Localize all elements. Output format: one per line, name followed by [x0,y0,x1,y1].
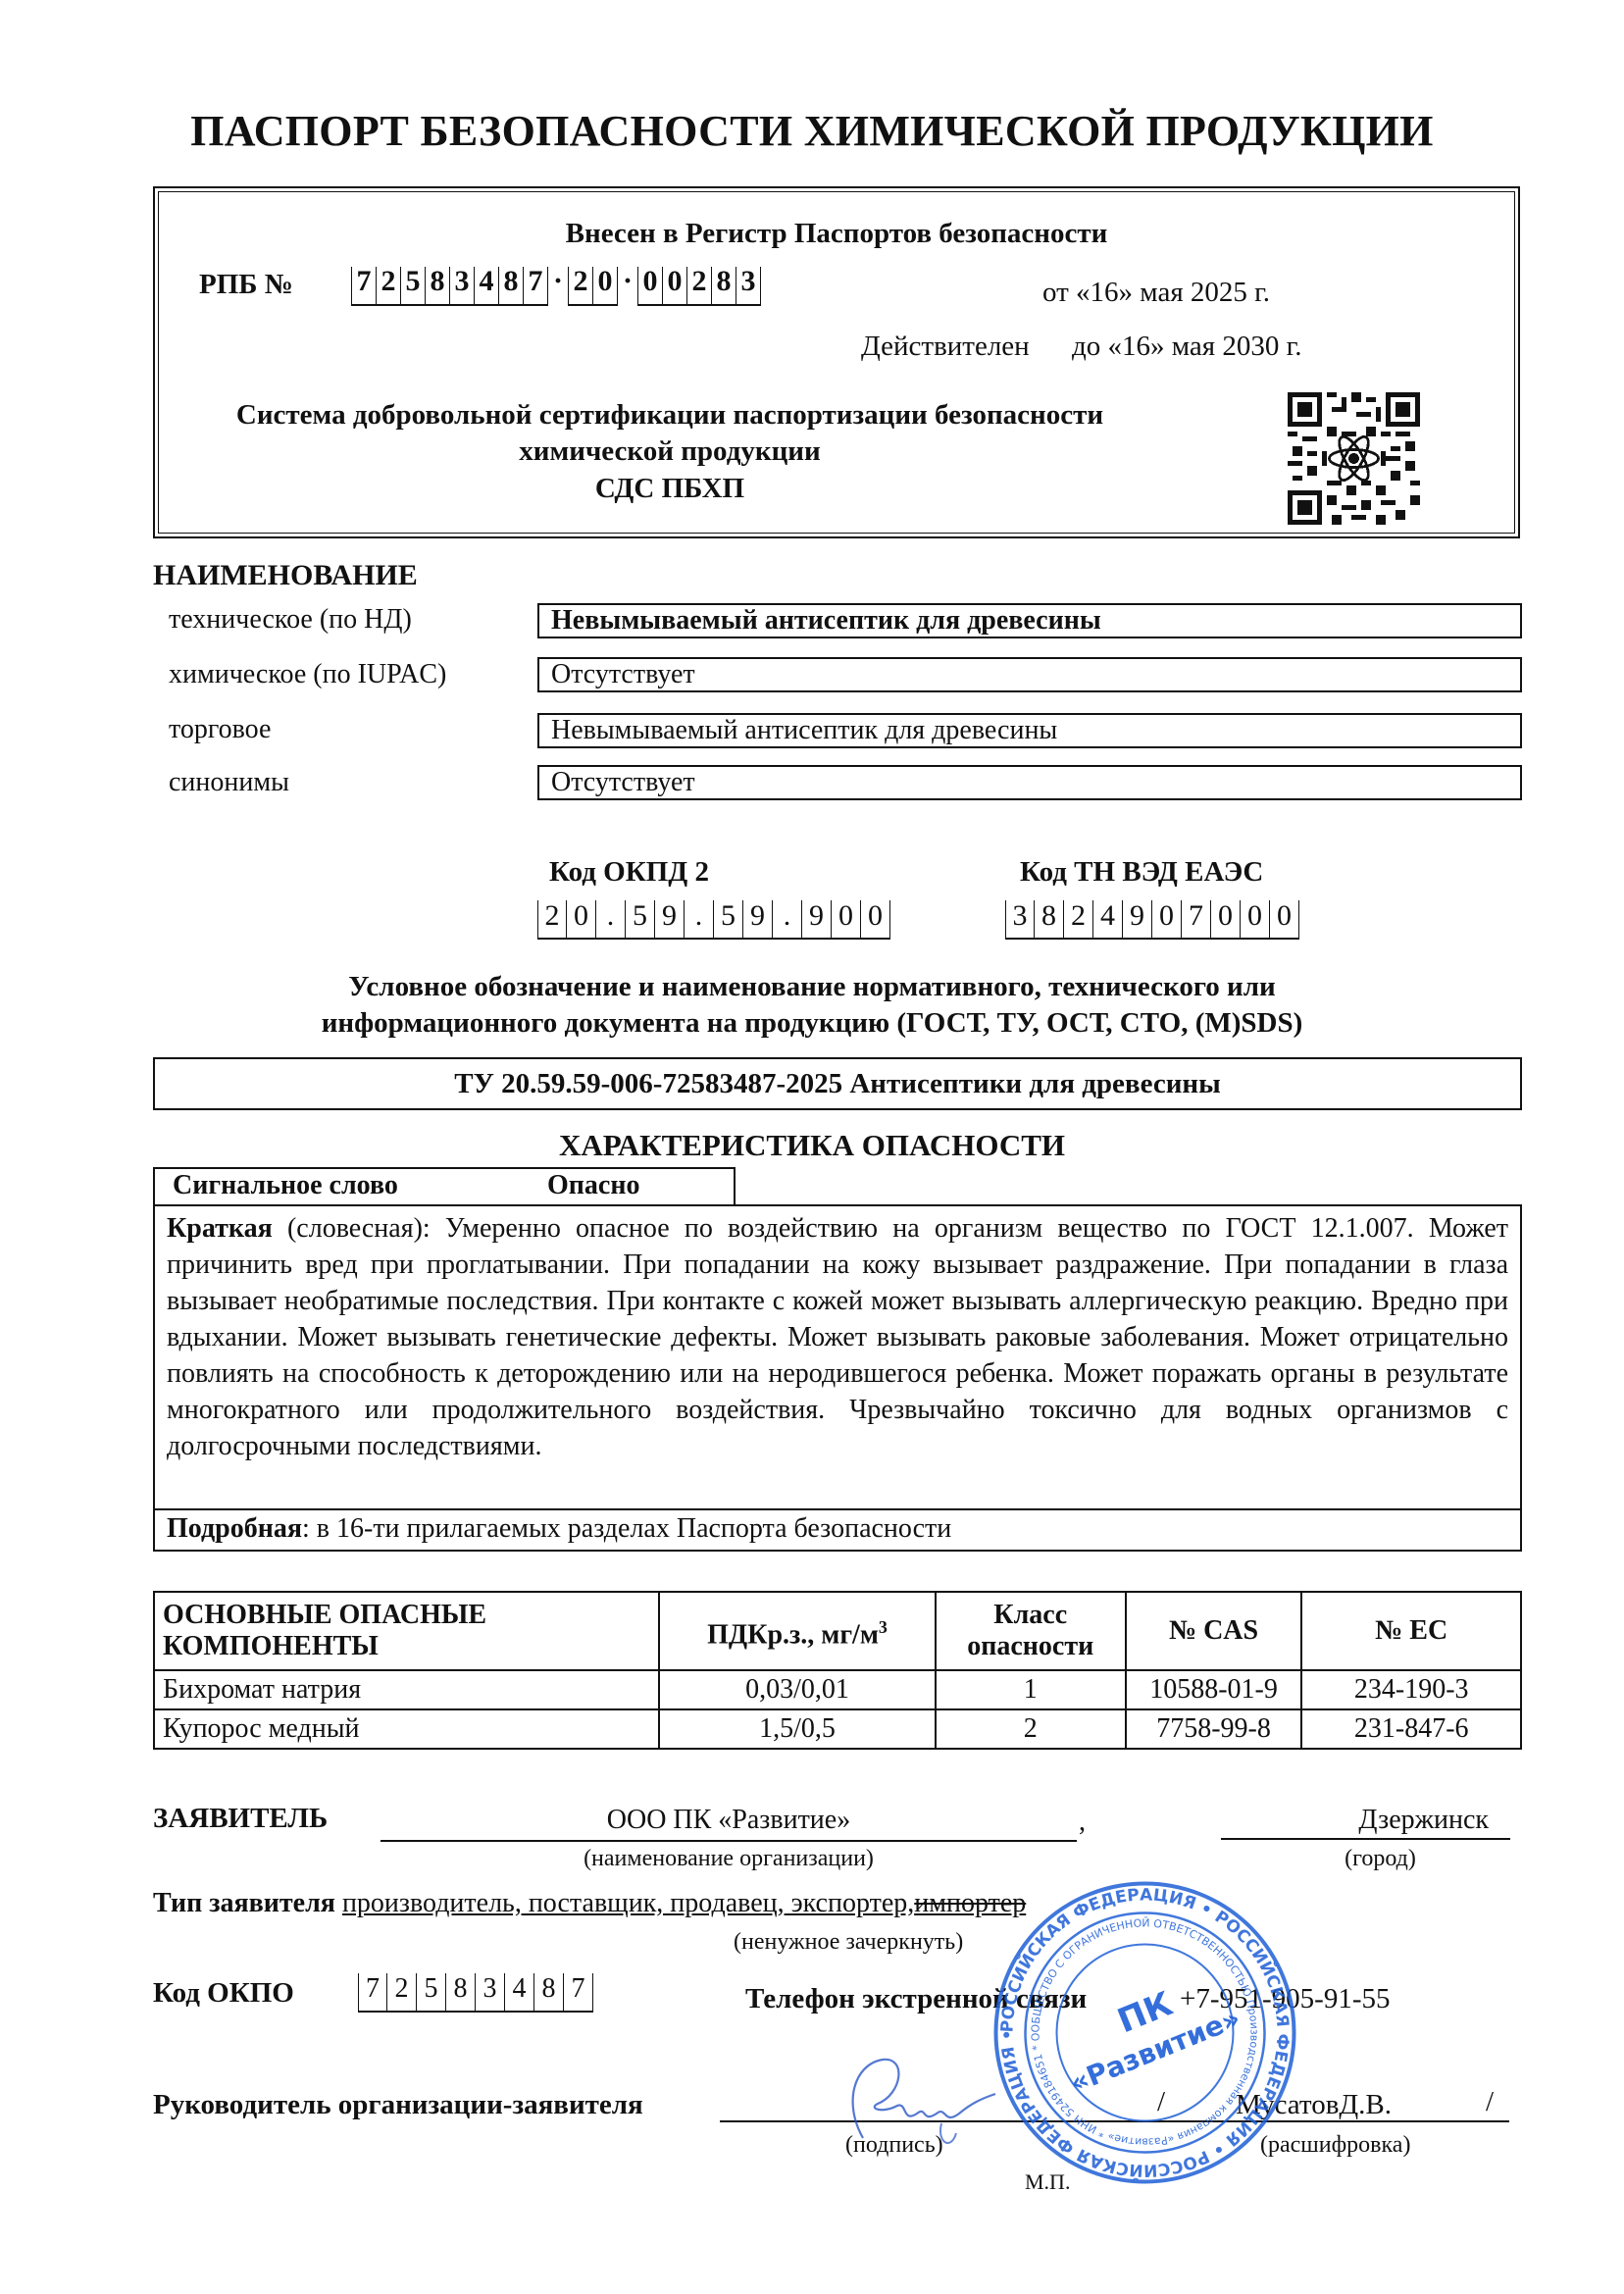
component-cas: 10588-01-9 [1126,1670,1302,1709]
rpb-digit: 7 [351,267,377,304]
signal-word-value: Опасно [547,1169,639,1202]
tnved-digit: 9 [1123,900,1152,940]
component-cas: 7758-99-8 [1126,1709,1302,1749]
col-header-cas: № CAS [1126,1592,1302,1670]
okpo-digit: 4 [505,1973,534,2013]
rpb-number: 72583487 · 20 · 00283 [351,267,761,306]
col-header-pdk: ПДКр.з., мг/м3 [659,1592,936,1670]
col-header-ec: № ЕС [1301,1592,1521,1670]
okpo-digit: 2 [387,1973,417,2013]
registration-date: от «16» мая 2025 г. [1042,277,1270,309]
okpd-digit: 9 [802,900,832,940]
hazard-section-title: ХАРАКТЕРИСТИКА ОПАСНОСТИ [0,1128,1624,1163]
okpd-digit: . [685,900,714,940]
component-class: 1 [936,1670,1126,1709]
tnved-digit: 0 [1241,900,1270,940]
signature-icon [824,2045,1000,2153]
rpb-digit: 2 [568,267,593,304]
rpb-digit: 8 [712,267,736,304]
rpb-digit: 0 [637,267,663,304]
short-qualifier: (словесная): [273,1213,445,1244]
okpo-digit: 5 [417,1973,446,2013]
certification-system-line-2: химической продукции [155,435,1185,468]
rpb-digit: 3 [736,267,761,304]
strike-caption: (ненужное зачеркнуть) [734,1929,963,1956]
normative-document-value: ТУ 20.59.59-006-72583487-2025 Антисептик… [153,1057,1522,1110]
okpo-digit: 8 [446,1973,476,2013]
tnved-digit: 3 [1005,900,1035,940]
expiry-date: до «16» мая 2030 г. [1072,331,1302,363]
okpd-code: 20.59.59.900 [537,900,890,940]
registry-heading: Внесен в Регистр Паспортов безопасности [155,218,1518,250]
table-header-row: ОСНОВНЫЕ ОПАСНЫЕ КОМПОНЕНТЫ ПДКр.з., мг/… [154,1592,1521,1670]
short-label: Краткая [167,1213,273,1244]
trade-name-label: торговое [169,714,271,745]
okpd-digit: 0 [832,900,861,940]
col-header-components: ОСНОВНЫЕ ОПАСНЫЕ КОМПОНЕНТЫ [154,1592,659,1670]
table-row: Бихромат натрия 0,03/0,01 1 10588-01-9 2… [154,1670,1521,1709]
tnved-digit: 0 [1211,900,1241,940]
applicant-type-selected: производитель, поставщик, продавец, эксп… [342,1888,914,1918]
normative-heading-line-1: Условное обозначение и наименование норм… [0,971,1624,1003]
component-class: 2 [936,1709,1126,1749]
component-pdk: 1,5/0,5 [659,1709,936,1749]
signal-word-row: Сигнальное слово Опасно [153,1167,736,1204]
rpb-digit: 0 [593,267,618,304]
city-caption: (город) [1221,1846,1510,1872]
tnved-digit: 0 [1270,900,1299,940]
short-text: Умеренно опасное по воздействию на орган… [167,1213,1508,1461]
rpb-group-3: 00283 [637,267,761,306]
component-name: Бихромат натрия [154,1670,659,1709]
comma: , [1079,1807,1086,1838]
rpb-digit: 4 [475,267,499,304]
rpb-label: РПБ № [199,269,293,301]
okpd-digit: . [596,900,626,940]
registry-box: Внесен в Регистр Паспортов безопасности … [153,186,1520,538]
tnved-digit: 4 [1093,900,1123,940]
rpb-digit: 8 [499,267,524,304]
rpb-group-2: 20 [568,267,618,306]
tnved-digit: 0 [1152,900,1182,940]
normative-heading-line-2: информационного документа на продукцию (… [0,1007,1624,1040]
okpd-digit: 2 [537,900,567,940]
tnved-digit: 7 [1182,900,1211,940]
rpb-digit: 2 [377,267,401,304]
detail-text: : в 16-ти прилагаемых разделах Паспорта … [302,1513,951,1544]
org-name-caption: (наименование организации) [381,1846,1077,1872]
table-row: Купорос медный 1,5/0,5 2 7758-99-8 231-8… [154,1709,1521,1749]
signal-word-label: Сигнальное слово [173,1169,398,1202]
document-title: ПАСПОРТ БЕЗОПАСНОСТИ ХИМИЧЕСКОЙ ПРОДУКЦИ… [0,106,1624,156]
rpb-digit: 3 [450,267,475,304]
component-ec: 234-190-3 [1301,1670,1521,1709]
naming-section-title: НАИМЕНОВАНИЕ [153,559,418,592]
applicant-type-label: Тип заявителя [153,1888,335,1918]
tnved-code: 3824907000 [1005,900,1299,940]
rpb-digit: 2 [687,267,712,304]
rpb-digit: 0 [663,267,687,304]
okpo-digit: 7 [358,1973,387,2013]
component-name: Купорос медный [154,1709,659,1749]
rpb-separator: · [548,267,568,306]
okpo-label: Код ОКПО [153,1977,294,2010]
rpb-digit: 5 [401,267,426,304]
tnved-label: Код ТН ВЭД ЕАЭС [1020,856,1263,889]
rpb-separator: · [618,267,637,306]
detail-label: Подробная [167,1513,302,1544]
okpo-digit: 8 [534,1973,564,2013]
okpd-digit: 0 [567,900,596,940]
rpb-group-1: 72583487 [351,267,548,306]
trade-name-value: Невымываемый антисептик для древесины [537,713,1522,748]
okpd-digit: . [773,900,802,940]
applicant-label: ЗАЯВИТЕЛЬ [153,1803,328,1835]
synonyms-label: синонимы [169,767,289,798]
rpb-digit: 8 [426,267,450,304]
qr-code-icon [1288,392,1420,525]
certification-system-abbrev: СДС ПБХП [155,473,1185,505]
technical-name-value: Невымываемый антисептик для древесины [537,603,1522,638]
valid-label: Действителен [861,331,1030,363]
chemical-name-value: Отсутствует [537,657,1522,692]
okpd-digit: 5 [626,900,655,940]
okpd-label: Код ОКПД 2 [549,856,709,889]
company-seal-icon: РОССИЙСКАЯ ФЕДЕРАЦИЯ • РОССИЙСКАЯ ФЕДЕРА… [990,1878,1299,2187]
slash-right: / [1486,2086,1494,2118]
applicant-city: Дзержинск [1221,1805,1510,1840]
synonyms-value: Отсутствует [537,765,1522,800]
okpd-digit: 9 [743,900,773,940]
component-pdk: 0,03/0,01 [659,1670,936,1709]
tnved-digit: 2 [1064,900,1093,940]
okpd-digit: 9 [655,900,685,940]
short-hazard-description: Краткая (словесная): Умеренно опасное по… [153,1204,1522,1510]
applicant-org-name: ООО ПК «Развитие» [381,1805,1077,1842]
col-header-class: Класс опасности [936,1592,1126,1670]
tnved-digit: 8 [1035,900,1064,940]
chemical-name-label: химическое (по IUPAC) [169,659,446,690]
okpo-digit: 7 [564,1973,593,2013]
okpo-digit: 3 [476,1973,505,2013]
applicant-type-row: Тип заявителя производитель, поставщик, … [153,1888,1026,1919]
rpb-digit: 7 [524,267,548,304]
okpd-digit: 5 [714,900,743,940]
component-ec: 231-847-6 [1301,1709,1521,1749]
head-of-organization-label: Руководитель организации-заявителя [153,2089,643,2121]
certification-system-line-1: Система добровольной сертификации паспор… [155,399,1185,432]
detailed-hazard-description: Подробная: в 16-ти прилагаемых разделах … [153,1508,1522,1552]
technical-name-label: техническое (по НД) [169,604,412,636]
okpd-digit: 0 [861,900,890,940]
hazardous-components-table: ОСНОВНЫЕ ОПАСНЫЕ КОМПОНЕНТЫ ПДКр.з., мг/… [153,1591,1522,1750]
okpo-code: 72583487 [358,1973,593,2013]
